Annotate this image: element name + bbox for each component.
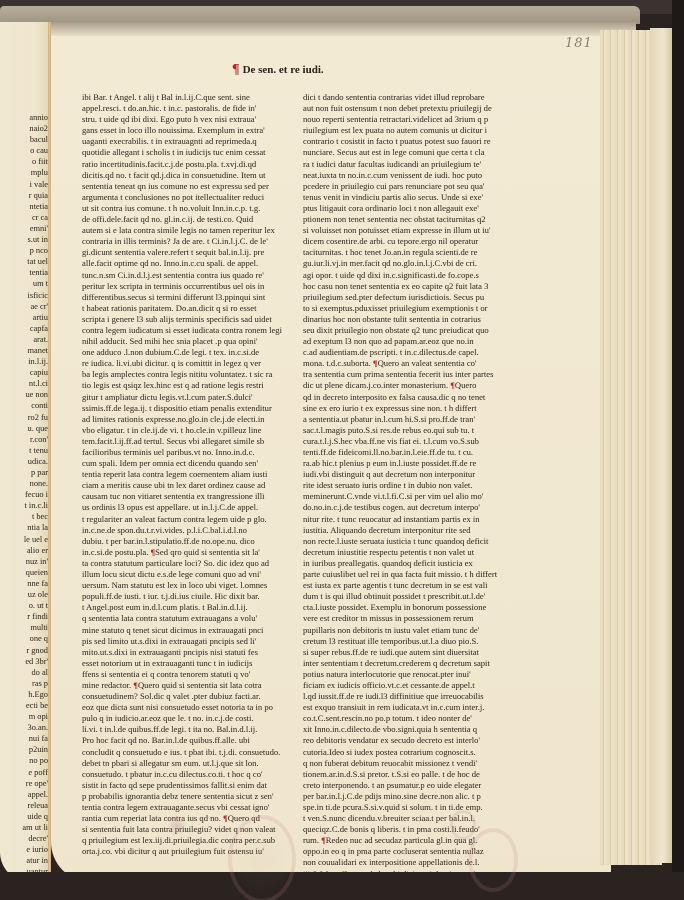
text-line: gu.iur.li.vj.in mer.facit qd no.glo.in.l…	[303, 258, 508, 269]
text-line: argumenta t conclusiones no pot itellect…	[82, 192, 287, 203]
text-line: debet tn pbari si allegatur sm eum. ut.l…	[82, 758, 287, 769]
text-line: neat.iuxta tn no.in.c.cum venissent de i…	[303, 170, 508, 181]
text-line: tenti.ff.de fideicomi.ll.no.bar.in.l.eie…	[303, 447, 508, 458]
text-line: cta.l.iuste possidet. Exemplu in bonorum…	[303, 602, 508, 613]
left-page-line-fragment: mplu	[0, 167, 48, 178]
text-line: uersum. Nam statutu est lex in loco ubi …	[82, 580, 287, 591]
background-right	[672, 0, 684, 900]
text-line: dicitis.qd no. t facit qd.j.dica in cons…	[82, 170, 287, 181]
left-page-line-fragment: ntetia	[0, 201, 48, 212]
text-line: dubiu. t per bar.in.l.stipulatio.ff.de n…	[82, 536, 287, 547]
text-line: vbo eligatur. t in cle.ij.de vi. t ho.cl…	[82, 425, 287, 436]
left-page-line-fragment: alio er	[0, 545, 48, 556]
text-line: nunciare. Secus aut est in lege comuni q…	[303, 147, 508, 158]
left-page-line-fragment: emni'	[0, 223, 48, 234]
text-line: Pro hoc facit qd no. Bar.in.l.de quibus.…	[82, 735, 287, 746]
text-line: reo debitoris vendatur ex secudo decreto…	[303, 735, 508, 746]
pilcrow-rubric-icon: ¶	[371, 358, 378, 368]
text-line: mona. t.d.c.suborta. ¶Quero an valeat se…	[303, 358, 508, 369]
left-page-line-fragment: releua	[0, 800, 48, 811]
left-page-line-fragment: cr ca	[0, 212, 48, 223]
text-line: esset notorium ut in extrauaganti tunc t…	[82, 658, 287, 669]
left-page-line-fragment: um t	[0, 278, 48, 289]
text-line: ta contra statutum particulare loci? So.…	[82, 558, 287, 569]
left-page-line-fragment: re ope'	[0, 778, 48, 789]
left-page-line-fragment: capfa	[0, 323, 48, 334]
text-line: tentia reperit lata contra legem coernen…	[82, 469, 287, 480]
text-line: t Angel.post eum in.d.l.cum platis. t Ba…	[82, 602, 287, 613]
left-page-line-fragment: isficic	[0, 290, 48, 301]
left-page-line-fragment: nne fa	[0, 578, 48, 589]
text-line: potius natura interlocutorie que renocat…	[303, 669, 508, 680]
pilcrow-rubric-icon: ¶	[319, 835, 326, 845]
text-line: hoc casu non tenet sententia ex eo capit…	[303, 281, 508, 292]
left-page-line-fragment: r gnod	[0, 645, 48, 656]
text-line: tra sententia cum prima sententia feceri…	[303, 369, 508, 380]
left-page-line-fragment: o. ut t	[0, 600, 48, 611]
left-page-line-fragment: le uel e	[0, 534, 48, 545]
left-page-line-fragment: r quia	[0, 190, 48, 201]
text-line: dici t dando sententia contrarias videt …	[303, 92, 508, 103]
text-line: li.vi. t in.l.de quibus.ff.de legi. t it…	[82, 724, 287, 735]
text-line: quotidie allegant i scholis t in iudicij…	[82, 147, 287, 158]
text-line: alle.facit optime qd no. Inno.in.c.cu sp…	[82, 258, 287, 269]
running-head: ¶De sen. et re iudi.	[232, 62, 324, 78]
text-line: ratio incertitudinis.facit.c.j.de postu.…	[82, 159, 287, 170]
text-line: t habeat rationis paritatem. Do.an.dicit…	[82, 303, 287, 314]
book-scan: annionaio2baculo cauo fiitmplui valer qu…	[0, 0, 684, 900]
text-line: tenus venit in vindiciu partis alio secu…	[303, 192, 508, 203]
text-line: nitur rite. t tunc reuocatur ad instanti…	[303, 514, 508, 525]
left-page-line-fragment: none.	[0, 478, 48, 489]
left-page-line-fragment: ae cr'	[0, 301, 48, 312]
text-line: q sententia lata contra statutum extraua…	[82, 613, 287, 624]
text-line: ad exeptum l3 non quo ad papam.ar.eoz qu…	[303, 336, 508, 347]
pilcrow-rubric-icon: ¶	[131, 680, 138, 690]
text-line: taciturnitas. t hoc tenet Jo.an.in regul…	[303, 247, 508, 258]
text-line: contra legem iudicatum si esset iudicata…	[82, 325, 287, 336]
left-page-line-fragment: p nco	[0, 245, 48, 256]
text-line: ibi Bar. t Angel. t alij t Bal in.l.ij.C…	[82, 92, 287, 103]
left-page-line-fragment: r findi	[0, 611, 48, 622]
text-line: spe.in ti.de pcura.S.si.v.quid si solum.…	[303, 802, 508, 813]
text-line: de offi.dele.facit qd no. gl.in.c.ij. de…	[82, 214, 287, 225]
text-line: ra.ab hic.t plenius p eum in.l.iuste pos…	[303, 458, 508, 469]
text-line: iudi.vbi distinguit q aut decretum non i…	[303, 469, 508, 480]
text-line: autem si e lata contra simile legis no t…	[82, 225, 287, 236]
text-line: to si exemptus.pduxisset priuilegium exe…	[303, 303, 508, 314]
text-line: decretum iniustitie respectu petentis t …	[303, 547, 508, 558]
text-line: tunc.n.sm Ci.in.d.l.j.est sententia cont…	[82, 270, 287, 281]
text-line: gi.dicunt sententia valere.refert t sequ…	[82, 247, 287, 258]
left-page-line-fragment: capiu	[0, 367, 48, 378]
left-page-line-fragment: p par	[0, 467, 48, 478]
text-line: agi opor. t uide qd dixi in.c.significas…	[303, 270, 508, 281]
page-top-shadow	[51, 22, 636, 36]
text-line: est exquo transiuit in rem iudicata.vt i…	[303, 702, 508, 713]
left-page-text-fragments: annionaio2baculo cauo fiitmplui valer qu…	[0, 112, 48, 889]
text-line: vere est creditor tn missus in possessio…	[303, 613, 508, 624]
text-line: ad limites rationis expresse.no.glo.in c…	[82, 414, 287, 425]
text-line: ciam a meritis cause ubi tn lex daret or…	[82, 480, 287, 491]
text-line: qd in decreto interposito ex falsa causa…	[303, 392, 508, 403]
text-line: scripta i genere l3 sub alijs terminis s…	[82, 314, 287, 325]
text-line: consuetudo. t pbatur in.c.cu dilectus.co…	[82, 769, 287, 780]
left-page-line-fragment: ro2 fu	[0, 412, 48, 423]
text-line: appel.resci. t do.an.hic. t in.c. pastor…	[82, 103, 287, 114]
left-page-line-fragment: i vale	[0, 179, 48, 190]
text-line: gans esset in loco illo nouissima. Exemp…	[82, 125, 287, 136]
text-line: gitur t ampliatur dictu legis.vt.l.cum p…	[82, 392, 287, 403]
left-page-line-fragment: ras p	[0, 678, 48, 689]
text-line: ra t iudici datur facultas iudicandi an …	[303, 159, 508, 170]
text-line: contraria in illis terminis? Ja de are. …	[82, 236, 287, 247]
left-page-line-fragment: ecti be	[0, 700, 48, 711]
text-line: tentia contra legem extrauagante.secus v…	[82, 802, 287, 813]
left-page-line-fragment: ed 3br'	[0, 656, 48, 667]
text-line: tem.facit.l.ij.ff.ad tertul. Secus vbi a…	[82, 436, 287, 447]
text-line: cum spali. Idem per omnia ect dicendu qu…	[82, 458, 287, 469]
left-page-line-fragment: tentia	[0, 267, 48, 278]
pilcrow-rubric-icon: ¶	[221, 813, 228, 823]
left-page-line-fragment: bacul	[0, 134, 48, 145]
text-line: p probabilis ignorantia debz tenere sent…	[82, 791, 287, 802]
text-line: mine statuto q tenet sicut dicimus in ex…	[82, 625, 287, 636]
text-line: tio legis est qsiqz lex.hinc est q ad ra…	[82, 380, 287, 391]
text-line: do.no.in.c.j.de testibus cogen. aut decr…	[303, 502, 508, 513]
left-page: annionaio2baculo cauo fiitmplui valer qu…	[0, 22, 50, 882]
text-line: dum t is qui illud obtinuit possidet t p…	[303, 591, 508, 602]
text-line: consuetudinem? Sol.dic q valet .pter dub…	[82, 691, 287, 702]
left-page-line-fragment: atur in	[0, 855, 48, 866]
text-line: cura.t.l.j.S.hec vba.ff.ne vis fiat ei. …	[303, 436, 508, 447]
left-page-line-fragment: fecuo i	[0, 489, 48, 500]
text-line: us ordinis l3 opus est appellare. ut in.…	[82, 502, 287, 513]
text-line: facilioribus terminis uel paribus.vt no.…	[82, 447, 287, 458]
text-line: mito.ut.s.dixi in extrauaganti pncipis n…	[82, 647, 287, 658]
text-line: in iuribus preallegatis. quandoq deficit…	[303, 558, 508, 569]
text-line: in.c.si.de postu.pla. ¶Sed qro quid si s…	[82, 547, 287, 558]
left-page-line-fragment: do al	[0, 667, 48, 678]
text-line: si super rebus.ff.de re iudi.que autem s…	[303, 647, 508, 658]
text-line: non recte.l.iuste seruata iusticia t tun…	[303, 536, 508, 547]
text-line: nouo reperti sententia retractari.videli…	[303, 114, 508, 125]
text-line: ptionem non tenet sententia nec obstat t…	[303, 214, 508, 225]
text-line: differentibus.secus si termini differunt…	[82, 292, 287, 303]
text-line: q non fuberat debitum reuocabit missione…	[303, 758, 508, 769]
left-page-line-fragment: conti	[0, 400, 48, 411]
text-line: co.t.C.sent.rescin.no po.p totum. t ideo…	[303, 713, 508, 724]
left-page-line-fragment: multi	[0, 622, 48, 633]
text-line: ptus litigauit cora ordinario loci t non…	[303, 203, 508, 214]
left-page-line-fragment: appel.	[0, 789, 48, 800]
text-line: dinarius hoc non obstante tulit sententi…	[303, 314, 508, 325]
left-page-line-fragment: nui fa	[0, 733, 48, 744]
pilcrow-rubric-icon: ¶	[448, 380, 455, 390]
pilcrow-rubric-icon: ¶	[232, 62, 240, 77]
text-line: ficiam ex iudicis officio.vt.c.et cessan…	[303, 680, 508, 691]
left-page-line-fragment: udica.	[0, 456, 48, 467]
left-page-line-fragment: in.l.ij.	[0, 356, 48, 367]
text-line: t regulariter an valeat factum contra le…	[82, 514, 287, 525]
text-line: mine redactor. ¶Quero quid si sententia …	[82, 680, 287, 691]
left-page-line-fragment: ue non	[0, 389, 48, 400]
left-page-line-fragment: t tenu	[0, 445, 48, 456]
gutter	[48, 22, 51, 872]
text-line: ut sit contra ius comune. t h no.voluit …	[82, 203, 287, 214]
text-line: t ven.S.nunc dicendu.v.breuiter sciaa.t …	[303, 813, 508, 824]
text-line: rite idest seruato iuris ordine t in dub…	[303, 480, 508, 491]
text-line: seu dixit priuilegio non obstate q2 tunc…	[303, 325, 508, 336]
left-page-line-fragment: o fiit	[0, 156, 48, 167]
left-page-line-fragment: t in.c.li	[0, 500, 48, 511]
text-line: re iudica. li.vi.ubi dicitur. q is comit…	[82, 358, 287, 369]
stain-spot	[168, 815, 186, 837]
text-line: per bar.in.l.j.C.de pdijs mino.sine decr…	[303, 791, 508, 802]
left-page-line-fragment: nt.l.ci	[0, 378, 48, 389]
text-line: iustitia. Aliquando decretum interponitu…	[303, 525, 508, 536]
text-column-a: ibi Bar. t Angel. t alij t Bal in.l.ij.C…	[82, 92, 287, 857]
text-line: contrario t cosistit in facto t puatus p…	[303, 136, 508, 147]
text-line: dic ut plene dicam.j.co.inter monasteriu…	[303, 380, 508, 391]
left-page-line-fragment: tat uel	[0, 256, 48, 267]
left-page-line-fragment: t bec	[0, 511, 48, 522]
left-page-line-fragment: queien	[0, 567, 48, 578]
text-line: nihil adducit. Sed mihi hec snia placet …	[82, 336, 287, 347]
left-page-line-fragment: o cau	[0, 145, 48, 156]
text-line: causam tuc non vitiaret sententia ex tra…	[82, 491, 287, 502]
text-line: ssimis.ff.de lega.ij. t dispositio etiam…	[82, 403, 287, 414]
left-page-line-fragment: manet	[0, 345, 48, 356]
text-line: ffens si sententia ei q contra tenorem s…	[82, 669, 287, 680]
text-line: populi.ff.de iusti. t iur. t.j.di.ius ci…	[82, 591, 287, 602]
text-line: sententia teneat qn ius comune no est ex…	[82, 181, 287, 192]
text-line: peritur lex scripta in terminis occurren…	[82, 281, 287, 292]
text-line: inter sententiam t decretum.crederem q d…	[303, 658, 508, 669]
left-page-line-fragment: r.con'	[0, 434, 48, 445]
text-line: a sententia.ut pbatur in.l.cum hi.S.si p…	[303, 414, 508, 425]
stain-ring	[450, 810, 476, 840]
left-page-line-fragment: nuz in'	[0, 556, 48, 567]
text-line: creto interponendo. t an psumatur.p eo u…	[303, 780, 508, 791]
text-line: aut non fuit ostensum t non debet pretex…	[303, 103, 508, 114]
stain-ring	[228, 815, 296, 900]
left-page-line-fragment: 3o.an.	[0, 722, 48, 733]
text-line: meminerunt.C.vnde vi.t.l.fi.C.si per vim…	[303, 491, 508, 502]
text-line: cretum l3 restituat ille temporibus.ut.l…	[303, 636, 508, 647]
left-page-line-fragment: naio2	[0, 123, 48, 134]
left-page-line-fragment: one q	[0, 633, 48, 644]
left-page-line-fragment: am ut li	[0, 822, 48, 833]
text-line: sistit in facto qd sepe prudentissimos f…	[82, 780, 287, 791]
text-line: pis sed limito ut.s.dixi in extrauagati …	[82, 636, 287, 647]
left-page-line-fragment: h.Ego	[0, 689, 48, 700]
text-line: est iusta ex parte agentis t tunc decret…	[303, 580, 508, 591]
left-page-line-fragment: decre'	[0, 833, 48, 844]
text-line: l.qd iussit.ff.de re iudi.l3 diffinitiue…	[303, 691, 508, 702]
left-page-line-fragment: arat.	[0, 334, 48, 345]
text-line: concludit q consuetudo e ius. t pbat ibi…	[82, 747, 287, 758]
left-page-line-fragment: u. que	[0, 423, 48, 434]
text-line: illum locu sicut dictu e.s.de lege comun…	[82, 569, 287, 580]
text-line: tionem.ar.in.d.S.si pretor. t.S.si eo pa…	[303, 769, 508, 780]
text-line: xit Inno.in.c.dilecto.de vbo.signi.quia …	[303, 724, 508, 735]
text-line: one adduco .l.non dubium.C.de legi. t te…	[82, 347, 287, 358]
text-line: stru. t uide qd ibi dixi. Ego puto h vex…	[82, 114, 287, 125]
running-head-text: De sen. et re iudi.	[243, 64, 324, 76]
left-page-line-fragment: no po	[0, 755, 48, 766]
stain-ring	[468, 828, 518, 892]
folio-number: 181	[565, 36, 593, 51]
left-page-line-fragment: e iurio	[0, 844, 48, 855]
left-page-line-fragment: e poff	[0, 767, 48, 778]
text-line: si voluisset non potuisset etiam express…	[303, 225, 508, 236]
text-line: eoz que dicta sunt nisi consuetudo esset…	[82, 702, 287, 713]
text-line: sine ex ero iurio t ex expressus sine no…	[303, 403, 508, 414]
left-page-line-fragment: artiu	[0, 312, 48, 323]
text-column-b: dici t dando sententia contrarias videt …	[303, 92, 508, 880]
text-line: pupillaris non debitoris tn iustu valet …	[303, 625, 508, 636]
left-page-line-fragment: m opi	[0, 711, 48, 722]
text-line: uaganti execrabilis. t in extrauagnti ad…	[82, 136, 287, 147]
text-line: priuilegium sed.pter defectum iurisdicti…	[303, 292, 508, 303]
left-page-line-fragment: p2uin	[0, 744, 48, 755]
text-line: ba legis amplectes contra legis nititu v…	[82, 369, 287, 380]
text-line: parte cuiuslibet uel rei in qua facta fu…	[303, 569, 508, 580]
left-page-line-fragment: ntia la	[0, 522, 48, 533]
text-line: sac.t.l.magis puto.S.si res.de rebus eo.…	[303, 425, 508, 436]
text-line: riuilegium est lex puata no autem comuni…	[303, 125, 508, 136]
text-line: cutoria.Ideo si iudex postea cotrarium c…	[303, 747, 508, 758]
left-page-line-fragment: s.ut in	[0, 234, 48, 245]
text-line: c.ad audientiam.de pscripti. t in.c.dile…	[303, 347, 508, 358]
text-line: dicem cosentire.de arbi. cu tepore.ergo …	[303, 236, 508, 247]
fore-edge-outer	[650, 28, 672, 863]
left-page-line-fragment: annio	[0, 112, 48, 123]
left-page-line-fragment: uide q	[0, 811, 48, 822]
text-line: in.c.ne.de spon.du.t.r.vi.vides. p.l.i.C…	[82, 525, 287, 536]
text-line: pulo q in iudicio.ar.eoz que le. t no. i…	[82, 713, 287, 724]
left-page-line-fragment: uz ole	[0, 589, 48, 600]
text-line: pcedere in priuilegio cui pars renunciar…	[303, 181, 508, 192]
